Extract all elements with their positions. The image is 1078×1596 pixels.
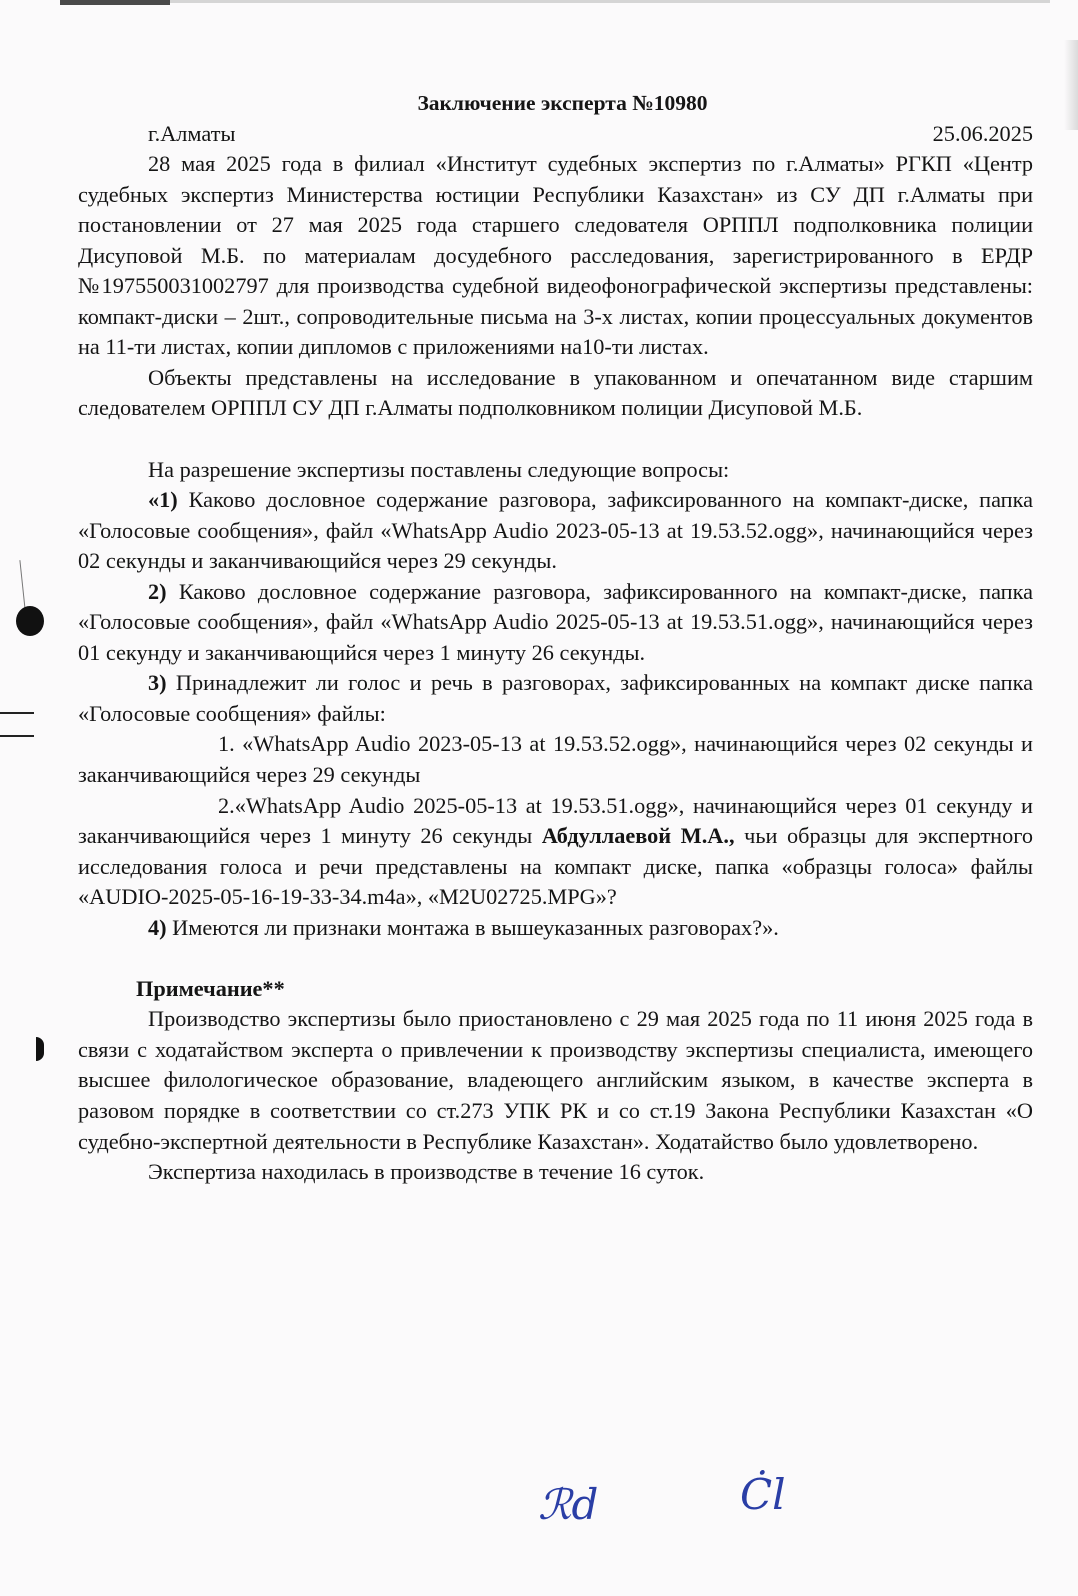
document-date: 25.06.2025 [933,119,1033,150]
question-text: Каково дословное содержание разговора, з… [78,487,1033,573]
question-text: Имеются ли признаки монтажа в вышеуказан… [167,915,779,940]
signature-1: ℛd [538,1480,598,1529]
question-number: «1) [148,487,178,512]
scan-edge-shadow [1064,40,1078,130]
signature-2: Ċl [740,1470,786,1519]
intro-paragraph: 28 мая 2025 года в филиал «Институт суде… [78,149,1033,363]
question-text: Каково дословное содержание разговора, з… [78,579,1033,665]
margin-line [0,735,34,737]
question-number: 3) [148,670,167,695]
question-3-item-2: 2.«WhatsApp Audio 2025-05-13 at 19.53.51… [78,791,1033,913]
spacer [78,424,1033,455]
document-title: Заключение эксперта №10980 [92,88,1033,119]
note-title: Примечание** [78,974,1033,1005]
question-3: 3) Принадлежит ли голос и речь в разгово… [78,668,1033,729]
document-page: Заключение эксперта №10980 г.Алматы 25.0… [78,88,1033,1188]
scan-fold-line [19,560,25,610]
margin-line [0,712,34,714]
question-number: 2) [148,579,167,604]
question-3-item-1: 1. «WhatsApp Audio 2023-05-13 at 19.53.5… [78,729,1033,790]
spacer [78,943,1033,974]
objects-paragraph: Объекты представлены на исследование в у… [78,363,1033,424]
question-text: Принадлежит ли голос и речь в разговорах… [78,670,1033,726]
questions-intro: На разрешение экспертизы поставлены след… [78,455,1033,486]
scan-top-edge [170,0,1050,3]
document-city: г.Алматы [78,119,235,150]
hole-punch-edge-mark [36,1037,44,1061]
question-2: 2) Каково дословное содержание разговора… [78,577,1033,669]
duration-paragraph: Экспертиза находилась в производстве в т… [78,1157,1033,1188]
note-paragraph: Производство экспертизы было приостановл… [78,1004,1033,1157]
question-number: 4) [148,915,167,940]
person-name: Абдуллаевой М.А., [542,823,735,848]
question-1: «1) Каково дословное содержание разговор… [78,485,1033,577]
scan-top-edge-dark [60,0,170,5]
hole-punch-mark [16,606,44,636]
question-4: 4) Имеются ли признаки монтажа в вышеука… [78,913,1033,944]
place-date-line: г.Алматы 25.06.2025 [78,119,1033,150]
